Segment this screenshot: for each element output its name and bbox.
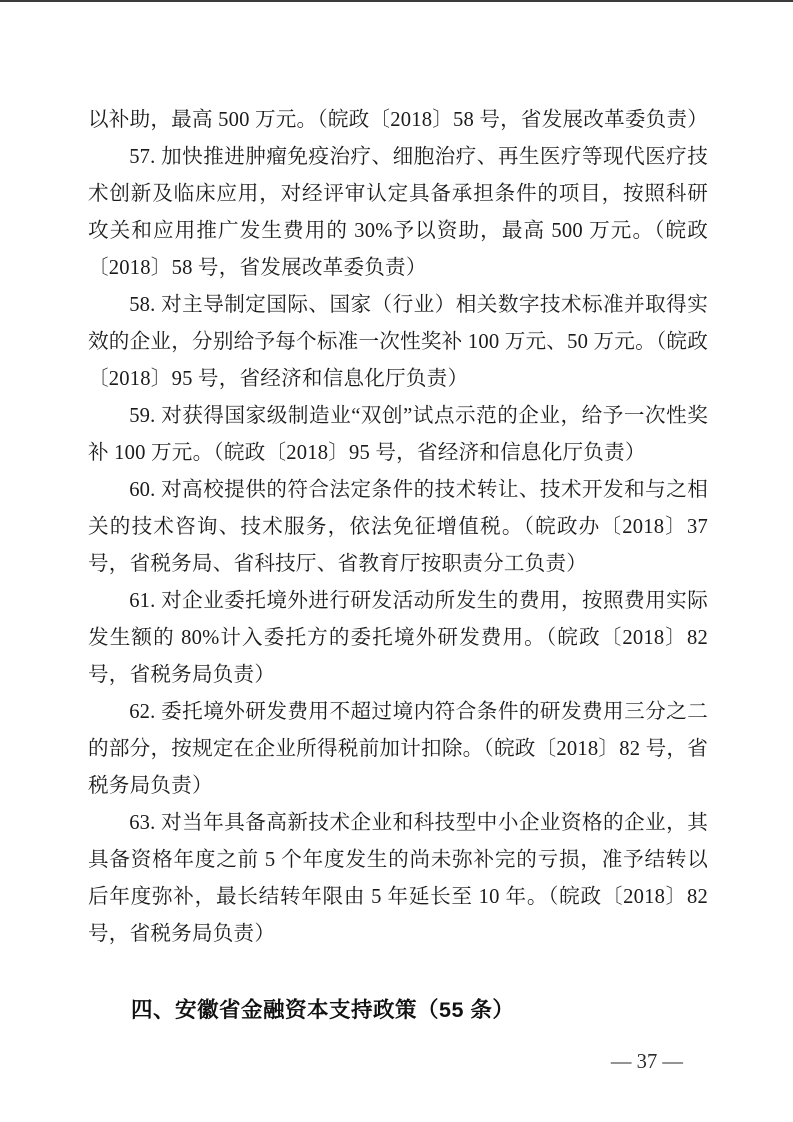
policy-item-60: 60. 对高校提供的符合法定条件的技术转让、技术开发和与之相关的技术咨询、技术服… — [88, 472, 708, 583]
policy-item-58: 58. 对主导制定国际、国家（行业）相关数字技术标准并取得实效的企业，分别给予每… — [88, 287, 708, 398]
policy-item-63: 63. 对当年具备高新技术企业和科技型中小企业资格的企业，其具备资格年度之前 5… — [88, 805, 708, 953]
page-number: — 37 — — [611, 1044, 683, 1081]
document-body: 以补助，最高 500 万元。（皖政〔2018〕58 号，省发展改革委负责） 57… — [88, 102, 708, 1029]
policy-item-57: 57. 加快推进肿瘤免疫治疗、细胞治疗、再生医疗等现代医疗技术创新及临床应用，对… — [88, 139, 708, 287]
policy-item-62: 62. 委托境外研发费用不超过境内符合条件的研发费用三分之二的部分，按规定在企业… — [88, 694, 708, 805]
section-heading: 四、安徽省金融资本支持政策（55 条） — [88, 992, 708, 1029]
policy-item-61: 61. 对企业委托境外进行研发活动所发生的费用，按照费用实际发生额的 80%计入… — [88, 583, 708, 694]
policy-item-59: 59. 对获得国家级制造业“双创”试点示范的企业，给予一次性奖补 100 万元。… — [88, 398, 708, 472]
document-page: 以补助，最高 500 万元。（皖政〔2018〕58 号，省发展改革委负责） 57… — [0, 0, 793, 1122]
policy-paragraph-continuation: 以补助，最高 500 万元。（皖政〔2018〕58 号，省发展改革委负责） — [88, 102, 708, 139]
